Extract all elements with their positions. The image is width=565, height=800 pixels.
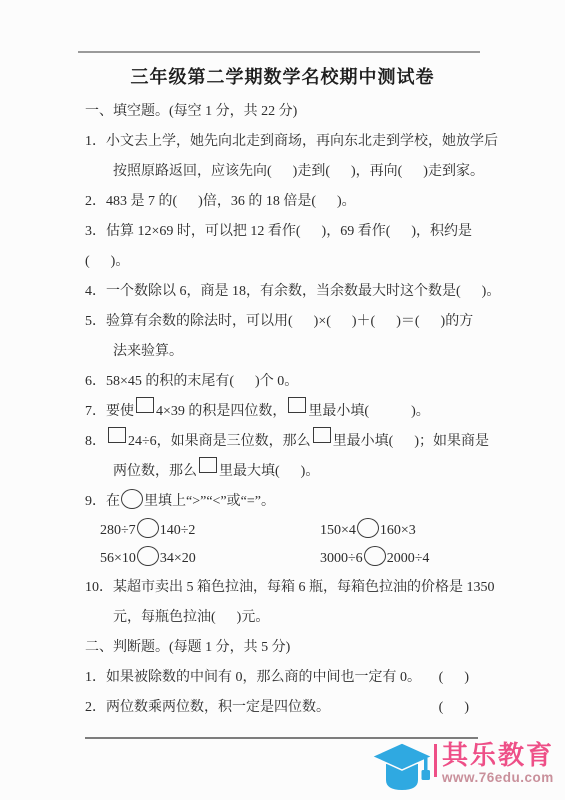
question-line: 法来验算。 [85, 337, 487, 367]
blank-box [199, 457, 217, 473]
question-line: 1．小文去上学，她先向北走到商场，再向东北走到学校，她放学后 [85, 127, 487, 157]
compare-circle [357, 518, 379, 538]
judge-question-text: 1．如果被除数的中间有 0，那么商的中间也一定有 0。 [85, 663, 421, 693]
page-title: 三年级第二学期数学名校期中测试卷 [0, 63, 565, 89]
judge-question-row: 2．两位数乘两位数，积一定是四位数。 ( ) [85, 693, 487, 723]
answer-bracket: ( ) [439, 693, 469, 723]
graduation-cap-icon [370, 738, 434, 798]
question-line: 4．一个数除以 6，商是 18，有余数，当余数最大时这个数是( )。 [85, 277, 487, 307]
blank-box [288, 397, 306, 413]
publisher-logo: 其乐教育 www.76edu.com [370, 738, 554, 798]
comparison-grid: 280÷7140÷2 150×4160×3 56×1034×20 3000÷62… [85, 517, 487, 573]
comparison-item: 3000÷62000÷4 [320, 545, 487, 573]
top-rule [78, 51, 480, 53]
answer-bracket: ( ) [439, 663, 469, 693]
logo-name: 其乐教育 [442, 740, 554, 770]
compare-circle [137, 518, 159, 538]
question-line: 8．24÷6，如果商是三位数，那么里最小填( )；如果商是 [85, 427, 487, 457]
question-line: 7．要使4×39 的积是四位数，里最小填( )。 [85, 397, 487, 427]
judge-question-text: 2．两位数乘两位数，积一定是四位数。 [85, 693, 330, 723]
section-heading-fill: 一、填空题。(每空 1 分，共 22 分) [85, 97, 487, 127]
question-line: 按照原路返回，应该先向( )走到( )，再向( )走到家。 [85, 157, 487, 187]
logo-divider [434, 744, 437, 777]
logo-text-block: 其乐教育 www.76edu.com [442, 738, 554, 786]
question-line: 10．某超市卖出 5 箱色拉油，每箱 6 瓶，每箱色拉油的价格是 1350 [85, 573, 487, 603]
question-line: 6．58×45 的积的末尾有( )个 0。 [85, 367, 487, 397]
question-line: 5．验算有余数的除法时，可以用( )×( )＋( )＝( )的方 [85, 307, 487, 337]
compare-circle [364, 546, 386, 566]
comparison-item: 280÷7140÷2 [100, 517, 320, 545]
question-line: 2．483 是 7 的( )倍，36 的 18 倍是( )。 [85, 187, 487, 217]
compare-circle [121, 489, 143, 509]
blank-box [136, 397, 154, 413]
comparison-item: 56×1034×20 [100, 545, 320, 573]
question-line: ( )。 [85, 247, 487, 277]
compare-circle [137, 546, 159, 566]
judge-question-row: 1．如果被除数的中间有 0，那么商的中间也一定有 0。 ( ) [85, 663, 487, 693]
logo-url: www.76edu.com [442, 770, 554, 786]
question-line: 两位数，那么里最大填( )。 [85, 457, 487, 487]
comparison-item: 150×4160×3 [320, 517, 487, 545]
blank-box [108, 427, 126, 443]
question-line: 3．估算 12×69 时，可以把 12 看作( )，69 看作( )，积约是 [85, 217, 487, 247]
test-body: 一、填空题。(每空 1 分，共 22 分) 1．小文去上学，她先向北走到商场，再… [85, 97, 487, 723]
question-line: 9．在里填上“>”“<”或“=”。 [85, 487, 487, 517]
blank-box [313, 427, 331, 443]
section-heading-judge: 二、判断题。(每题 1 分，共 5 分) [85, 633, 487, 663]
question-line: 元，每瓶色拉油( )元。 [85, 603, 487, 633]
